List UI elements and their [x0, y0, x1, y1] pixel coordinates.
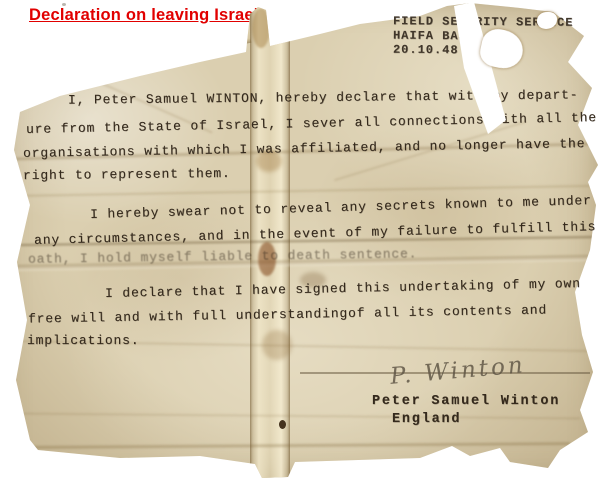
stain [252, 8, 270, 48]
declaration-line: right to represent them. [23, 166, 231, 183]
page: Declaration on leaving Israel FIELD SECU… [0, 0, 600, 480]
stain [262, 330, 292, 360]
stamp-line-3: 20.10.48 [393, 43, 459, 58]
signed-country: England [392, 412, 461, 427]
declaration-line: implications. [27, 333, 139, 348]
stain [279, 420, 286, 429]
dust-speck [62, 3, 66, 6]
signed-name: Peter Samuel Winton [372, 394, 560, 409]
page-title: Declaration on leaving Israel [29, 6, 259, 25]
